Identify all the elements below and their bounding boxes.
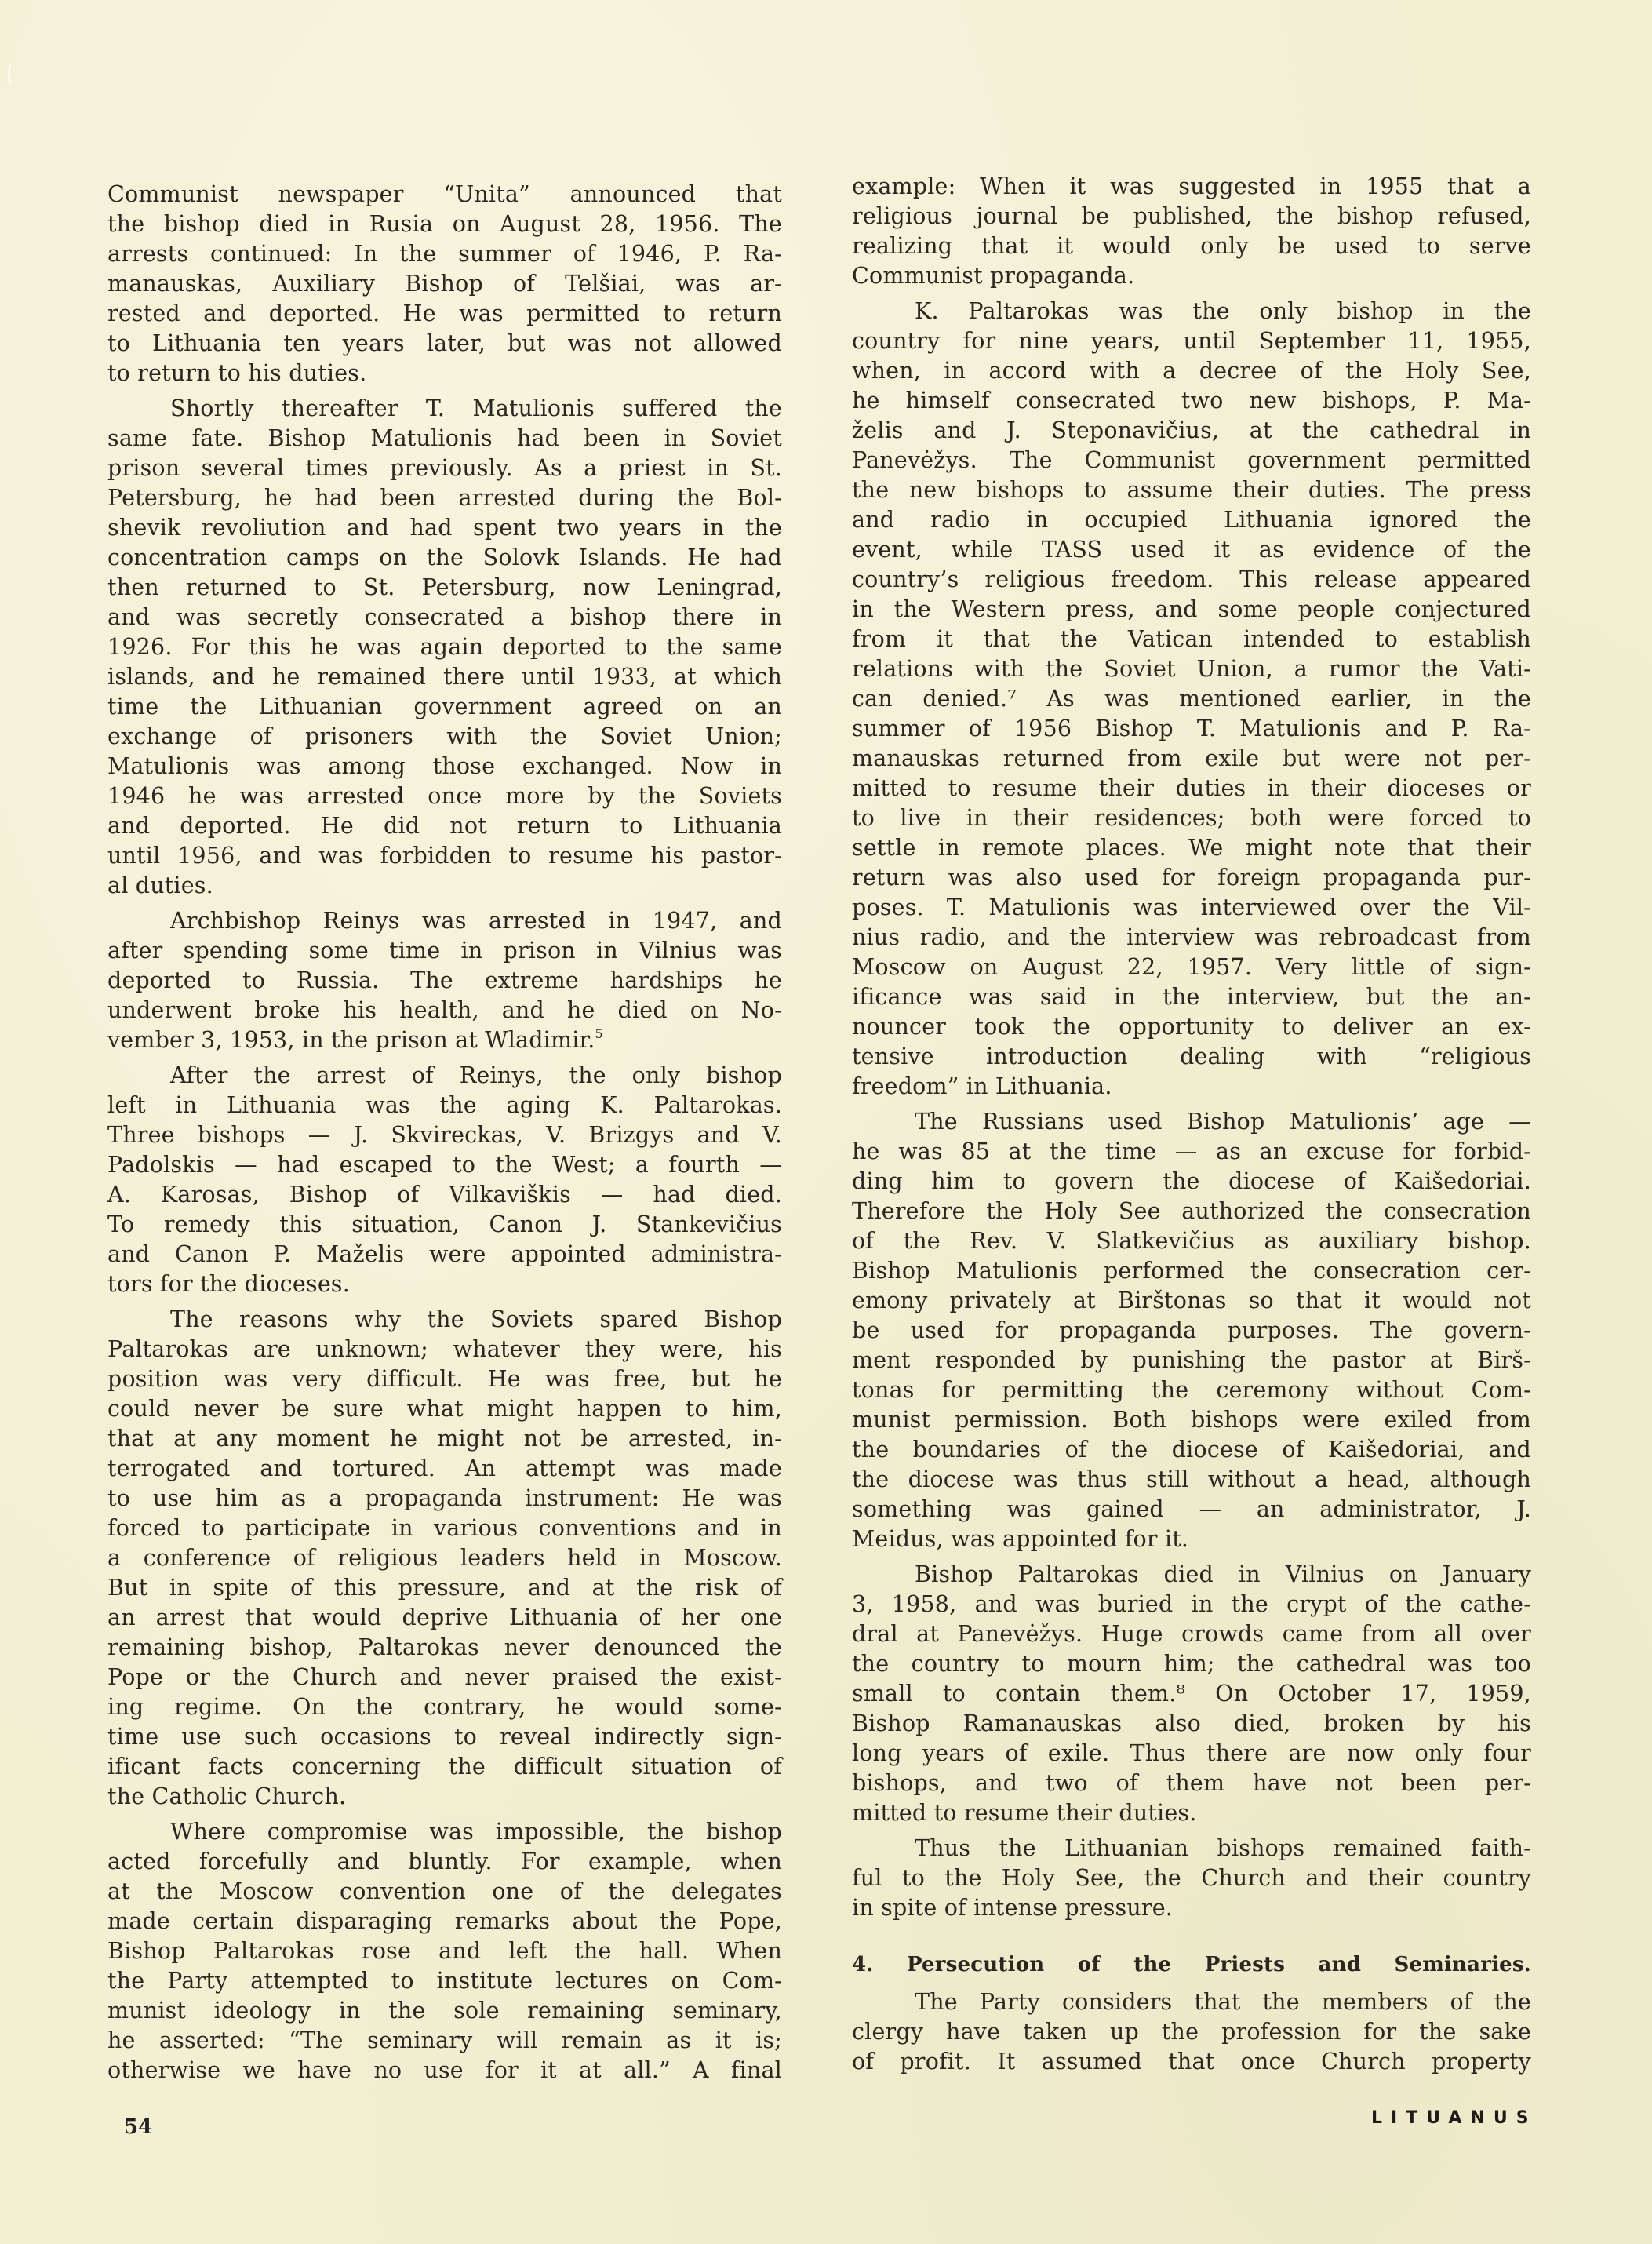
text-line: mitted to resume their duties in their d… — [852, 774, 1531, 803]
text-line: vember 3, 1953, in the prison at Wladimi… — [107, 1025, 782, 1055]
text-line: The reasons why the Soviets spared Bisho… — [107, 1305, 782, 1335]
text-line: same fate. Bishop Matulionis had been in… — [107, 424, 782, 454]
text-line: to live in their residences; both were f… — [852, 803, 1531, 833]
text-line: the new bishops to assume their duties. … — [852, 475, 1531, 505]
text-line: left in Lithuania was the aging K. Palta… — [107, 1091, 782, 1120]
text-line: then returned to St. Petersburg, now Len… — [107, 573, 782, 603]
text-line: tensive introduction dealing with “relig… — [852, 1042, 1531, 1072]
text-line: Meidus, was appointed for it. — [852, 1525, 1531, 1554]
text-line: ing regime. On the contrary, he would so… — [107, 1692, 782, 1722]
text-line: bishops, and two of them have not been p… — [852, 1769, 1531, 1798]
text-line: the bishop died in Rusia on August 28, 1… — [107, 209, 782, 239]
text-line: made certain disparaging remarks about t… — [107, 1907, 782, 1936]
text-line: munist permission. Both bishops were exi… — [852, 1405, 1531, 1435]
text-line: relations with the Soviet Union, a rumor… — [852, 654, 1531, 684]
text-line: and radio in occupied Lithuania ignored … — [852, 505, 1531, 535]
text-line: mitted to resume their duties. — [852, 1798, 1531, 1828]
text-line: be used for propaganda purposes. The gov… — [852, 1316, 1531, 1346]
text-line: country’s religious freedom. This releas… — [852, 565, 1531, 595]
left-column: Communist newspaper “Unita” announced th… — [107, 180, 782, 2091]
running-footer-journal-title: LITUANUS — [1371, 2108, 1537, 2128]
text-line: tonas for permitting the ceremony withou… — [852, 1375, 1531, 1405]
text-line: the diocese was thus still without a hea… — [852, 1465, 1531, 1495]
text-line: clergy have taken up the profession for … — [852, 2017, 1531, 2047]
paragraph: Where compromise was impossible, the bis… — [107, 1817, 782, 2086]
text-line: Pope or the Church and never praised the… — [107, 1663, 782, 1692]
text-line: remaining bishop, Paltarokas never denou… — [107, 1633, 782, 1663]
text-line: time use such occasions to reveal indire… — [107, 1722, 782, 1752]
paragraph: Shortly thereafter T. Matulionis suffere… — [107, 394, 782, 901]
text-line: exchange of prisoners with the Soviet Un… — [107, 722, 782, 752]
text-line: arrests continued: In the summer of 1946… — [107, 239, 782, 269]
text-line: munist ideology in the sole remaining se… — [107, 1996, 782, 2026]
text-line: an arrest that would deprive Lithuania o… — [107, 1603, 782, 1633]
text-line: Bishop Matulionis performed the consecra… — [852, 1256, 1531, 1286]
text-line: and deported. He did not return to Lithu… — [107, 811, 782, 841]
text-line: forced to participate in various convent… — [107, 1514, 782, 1543]
text-line: prison several times previously. As a pr… — [107, 454, 782, 483]
text-line: and Canon P. Maželis were appointed admi… — [107, 1240, 782, 1270]
text-line: Bishop Ramanauskas also died, broken by … — [852, 1709, 1531, 1739]
text-line: 1926. For this he was again deported to … — [107, 632, 782, 662]
text-line: al duties. — [107, 871, 782, 901]
text-line: dral at Panevėžys. Huge crowds came from… — [852, 1619, 1531, 1649]
paragraph: After the arrest of Reinys, the only bis… — [107, 1061, 782, 1299]
text-line: K. Paltarokas was the only bishop in the — [852, 297, 1531, 326]
text-line: can denied.⁷ As was mentioned earlier, i… — [852, 684, 1531, 714]
text-line: The Party considers that the members of … — [852, 1987, 1531, 2017]
text-line: želis and J. Steponavičius, at the cathe… — [852, 416, 1531, 446]
text-line: ful to the Holy See, the Church and thei… — [852, 1863, 1531, 1893]
text-line: realizing that it would only be used to … — [852, 231, 1531, 261]
text-line: to return to his duties. — [107, 359, 782, 388]
text-line: After the arrest of Reinys, the only bis… — [107, 1061, 782, 1091]
text-line: Archbishop Reinys was arrested in 1947, … — [107, 906, 782, 936]
text-line: to use him as a propaganda instrument: H… — [107, 1484, 782, 1514]
paragraph: K. Paltarokas was the only bishop in the… — [852, 297, 1531, 1102]
text-line: islands, and he remained there until 193… — [107, 662, 782, 692]
text-line: he was 85 at the time — as an excuse for… — [852, 1137, 1531, 1167]
text-line: the country to mourn him; the cathedral … — [852, 1649, 1531, 1679]
text-line: to Lithuania ten years later, but was no… — [107, 329, 782, 359]
text-line: the Catholic Church. — [107, 1782, 782, 1812]
text-line: ificant facts concerning the difficult s… — [107, 1752, 782, 1782]
text-line: settle in remote places. We might note t… — [852, 833, 1531, 863]
text-line: something was gained — an administrator,… — [852, 1495, 1531, 1525]
text-line: Three bishops — J. Skvireckas, V. Brizgy… — [107, 1120, 782, 1150]
text-line: Panevėžys. The Communist government perm… — [852, 446, 1531, 475]
text-line: Paltarokas are unknown; whatever they we… — [107, 1335, 782, 1364]
paragraph: The Russians used Bishop Matulionis’ age… — [852, 1107, 1531, 1554]
text-line: religious journal be published, the bish… — [852, 202, 1531, 231]
text-line: Bishop Paltarokas died in Vilnius on Jan… — [852, 1560, 1531, 1590]
text-line: when, in accord with a decree of the Hol… — [852, 356, 1531, 386]
text-line: return was also used for foreign propaga… — [852, 863, 1531, 893]
text-line: after spending some time in prison in Vi… — [107, 936, 782, 966]
right-column-after-heading: The Party considers that the members of … — [852, 1987, 1531, 2077]
paragraph: Thus the Lithuanian bishops remained fai… — [852, 1834, 1531, 1923]
text-line: The Russians used Bishop Matulionis’ age… — [852, 1107, 1531, 1137]
text-line: otherwise we have no use for it at all.”… — [107, 2056, 782, 2086]
text-line: Shortly thereafter T. Matulionis suffere… — [107, 394, 782, 424]
text-line: A. Karosas, Bishop of Vilkaviškis — had … — [107, 1180, 782, 1210]
text-line: poses. T. Matulionis was interviewed ove… — [852, 893, 1531, 923]
text-line: the Party attempted to institute lecture… — [107, 1966, 782, 1996]
right-column-body: example: When it was suggested in 1955 t… — [852, 172, 1531, 1923]
text-line: in spite of intense pressure. — [852, 1893, 1531, 1923]
text-line: Petersburg, he had been arrested during … — [107, 483, 782, 513]
right-column: example: When it was suggested in 1955 t… — [852, 172, 1531, 2082]
text-line: Communist propaganda. — [852, 261, 1531, 291]
text-line: 1946 he was arrested once more by the So… — [107, 781, 782, 811]
text-line: acted forcefully and bluntly. For exampl… — [107, 1847, 782, 1877]
text-line: ificance was said in the interview, but … — [852, 982, 1531, 1012]
text-line: he himself consecrated two new bishops, … — [852, 386, 1531, 416]
text-line: tors for the dioceses. — [107, 1270, 782, 1299]
text-line: a conference of religious leaders held i… — [107, 1543, 782, 1573]
text-line: shevik revoliution and had spent two yea… — [107, 513, 782, 543]
text-line: in the Western press, and some people co… — [852, 595, 1531, 625]
text-line: and was secretly consecrated a bishop th… — [107, 603, 782, 632]
text-line: Therefore the Holy See authorized the co… — [852, 1197, 1531, 1226]
text-line: he asserted: “The seminary will remain a… — [107, 2026, 782, 2056]
text-line: the boundaries of the diocese of Kaišedo… — [852, 1435, 1531, 1465]
text-line: position was very difficult. He was free… — [107, 1364, 782, 1394]
text-line: Padolskis — had escaped to the West; a f… — [107, 1150, 782, 1180]
text-line: of profit. It assumed that once Church p… — [852, 2047, 1531, 2077]
text-line: event, while TASS used it as evidence of… — [852, 535, 1531, 565]
paragraph: Archbishop Reinys was arrested in 1947, … — [107, 906, 782, 1055]
paragraph: Bishop Paltarokas died in Vilnius on Jan… — [852, 1560, 1531, 1828]
text-line: of the Rev. V. Slatkevičius as auxiliary… — [852, 1226, 1531, 1256]
footnote-marker[interactable]: 5 — [595, 1026, 602, 1041]
text-line: Communist newspaper “Unita” announced th… — [107, 180, 782, 209]
text-line: Moscow on August 22, 1957. Very little o… — [852, 953, 1531, 982]
paragraph: example: When it was suggested in 1955 t… — [852, 172, 1531, 291]
text-line: Bishop Paltarokas rose and left the hall… — [107, 1936, 782, 1966]
text-line: at the Moscow convention one of the dele… — [107, 1877, 782, 1907]
text-line: But in spite of this pressure, and at th… — [107, 1573, 782, 1603]
text-line: concentration camps on the Solovk Island… — [107, 543, 782, 573]
text-line: freedom” in Lithuania. — [852, 1072, 1531, 1102]
page-edge-mark — [8, 63, 16, 85]
text-line: manauskas, Auxiliary Bishop of Telšiai, … — [107, 269, 782, 299]
text-line: summer of 1956 Bishop T. Matulionis and … — [852, 714, 1531, 744]
text-line: manauskas returned from exile but were n… — [852, 744, 1531, 774]
text-line: emony privately at Birštonas so that it … — [852, 1286, 1531, 1316]
text-line: Where compromise was impossible, the bis… — [107, 1817, 782, 1847]
text-line: ding him to govern the diocese of Kaišed… — [852, 1167, 1531, 1197]
paragraph: The Party considers that the members of … — [852, 1987, 1531, 2077]
paragraph: Communist newspaper “Unita” announced th… — [107, 180, 782, 388]
text-line: country for nine years, until September … — [852, 326, 1531, 356]
text-line: long years of exile. Thus there are now … — [852, 1739, 1531, 1769]
text-line: 3, 1958, and was buried in the crypt of … — [852, 1590, 1531, 1619]
text-line: ment responded by punishing the pastor a… — [852, 1346, 1531, 1375]
text-line: from it that the Vatican intended to est… — [852, 625, 1531, 654]
page-number: 54 — [124, 2115, 152, 2139]
text-line: underwent broke his health, and he died … — [107, 996, 782, 1025]
text-line: deported to Russia. The extreme hardship… — [107, 966, 782, 996]
text-line: that at any moment he might not be arres… — [107, 1424, 782, 1454]
section-heading: 4. Persecution of the Priests and Semina… — [852, 1950, 1531, 1980]
text-line: Matulionis was among those exchanged. No… — [107, 752, 782, 781]
text-line: terrogated and tortured. An attempt was … — [107, 1454, 782, 1484]
text-line: nius radio, and the interview was rebroa… — [852, 923, 1531, 953]
text-line: could never be sure what might happen to… — [107, 1394, 782, 1424]
text-line: small to contain them.⁸ On October 17, 1… — [852, 1679, 1531, 1709]
text-line: example: When it was suggested in 1955 t… — [852, 172, 1531, 202]
text-line: rested and deported. He was permitted to… — [107, 299, 782, 329]
text-line: To remedy this situation, Canon J. Stank… — [107, 1210, 782, 1240]
paragraph: The reasons why the Soviets spared Bisho… — [107, 1305, 782, 1812]
text-line: nouncer took the opportunity to deliver … — [852, 1012, 1531, 1042]
text-line: until 1956, and was forbidden to resume … — [107, 841, 782, 871]
text-line: time the Lithuanian government agreed on… — [107, 692, 782, 722]
text-line: Thus the Lithuanian bishops remained fai… — [852, 1834, 1531, 1863]
